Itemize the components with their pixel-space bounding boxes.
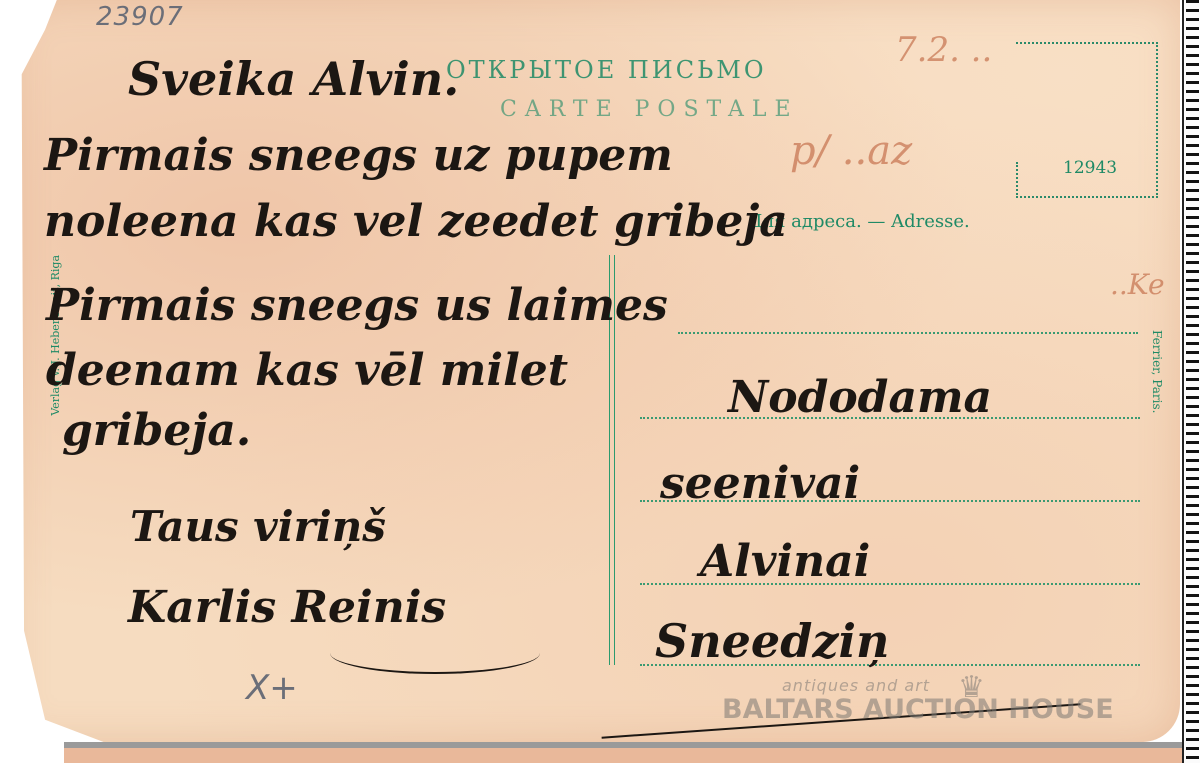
message-line-2: noleena kas vel zeedet gribeja	[44, 196, 788, 247]
signature-flourish	[330, 632, 540, 674]
pencil-mark: X+	[246, 668, 298, 708]
red-annotation-3: ..Ke	[1110, 268, 1165, 301]
red-annotation-2: p/ ..az	[790, 128, 912, 174]
message-line-5: gribeja.	[62, 405, 251, 456]
message-line-3: Pirmais sneegs us laimes	[46, 280, 668, 331]
crown-icon: ♛	[958, 670, 985, 705]
scale-ruler	[1182, 0, 1200, 763]
signature: Karlis Reinis	[128, 582, 446, 633]
inventory-number: 23907	[96, 2, 184, 32]
title-russian: ОТКРЫТОЕ ПИСЬМО	[446, 56, 767, 84]
address-line-1: Nododama	[728, 372, 992, 423]
watermark-name: BALTARS AUCTION HOUSE	[722, 694, 1114, 725]
background-card-edge	[64, 742, 1200, 763]
address-line-4: Sneedziņ	[655, 614, 889, 668]
address-line-3: Alvinai	[700, 536, 870, 587]
red-annotation-1: 7.2. ..	[895, 30, 992, 70]
greeting: Sveika Alvin.	[128, 52, 459, 106]
message-line-1: Pirmais sneegs uz pupem	[44, 130, 673, 181]
address-line-2: seenivai	[660, 458, 860, 509]
title-french: CARTE POSTALE	[500, 97, 799, 122]
stamp-number: 12943	[1063, 158, 1117, 178]
watermark-tagline: antiques and art	[782, 676, 930, 695]
closing: Taus viriņš	[130, 502, 386, 551]
printer-imprint: Ferrier, Paris.	[1150, 330, 1164, 413]
message-line-4: deenam kas vēl milet	[46, 345, 568, 396]
